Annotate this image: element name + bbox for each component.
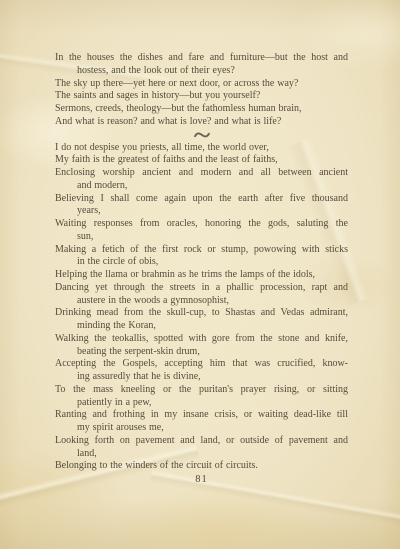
poem-line: Looking forth on pavement and land, or o… xyxy=(55,435,348,448)
poem-line: my spirit arouses me, xyxy=(55,422,348,435)
poem-line: Believing I shall come again upon the ea… xyxy=(55,193,348,206)
poem-line: Dancing yet through the streets in a pha… xyxy=(55,282,348,295)
poem-line: The saints and sages in history—but you … xyxy=(55,90,348,103)
poem-line: Helping the llama or brahmin as he trims… xyxy=(55,269,348,282)
poem-line: minding the Koran, xyxy=(55,320,348,333)
poem-line: The sky up there—yet here or next door, … xyxy=(55,78,348,91)
poem-line: In the houses the dishes and fare and fu… xyxy=(55,52,348,65)
poem-line: Accepting the Gospels, accepting him tha… xyxy=(55,358,348,371)
poem-line: Ranting and frothing in my insane crisis… xyxy=(55,409,348,422)
page-number: 81 xyxy=(55,474,348,487)
poem-line: Enclosing worship ancient and modern and… xyxy=(55,167,348,180)
stanza-2: I do not despise you priests, all time, … xyxy=(55,142,348,474)
poem-line: My faith is the greatest of faiths and t… xyxy=(55,154,348,167)
poem-line: Belonging to the winders of the circuit … xyxy=(55,460,348,473)
stanza-1: In the houses the dishes and fare and fu… xyxy=(55,52,348,129)
poem-line: austere in the woods a gymnosophist, xyxy=(55,295,348,308)
poem-line: land, xyxy=(55,448,348,461)
poem-line: years, xyxy=(55,205,348,218)
poem-line: and modern, xyxy=(55,180,348,193)
poem-line: beating the serpent-skin drum, xyxy=(55,346,348,359)
poem-line: I do not despise you priests, all time, … xyxy=(55,142,348,155)
poem-line: Waiting responses from oracles, honoring… xyxy=(55,218,348,231)
poem-text-block: In the houses the dishes and fare and fu… xyxy=(55,52,348,487)
poem-line: in the circle of obis, xyxy=(55,256,348,269)
poem-line: hostess, and the look out of their eyes? xyxy=(55,65,348,78)
book-page: In the houses the dishes and fare and fu… xyxy=(0,0,400,549)
poem-line: sun, xyxy=(55,231,348,244)
poem-line: Drinking mead from the skull-cup, to Sha… xyxy=(55,307,348,320)
poem-line: Walking the teokallis, spotted with gore… xyxy=(55,333,348,346)
poem-line: ing assuredly that he is divine, xyxy=(55,371,348,384)
poem-line: patiently in a pew, xyxy=(55,397,348,410)
poem-line: Sermons, creeds, theology—but the fathom… xyxy=(55,103,348,116)
poem-line: To the mass kneeling or the puritan's pr… xyxy=(55,384,348,397)
poem-line: Making a fetich of the first rock or stu… xyxy=(55,244,348,257)
poem-line: And what is reason? and what is love? an… xyxy=(55,116,348,129)
tilde-swash-ornament-icon xyxy=(55,129,348,142)
